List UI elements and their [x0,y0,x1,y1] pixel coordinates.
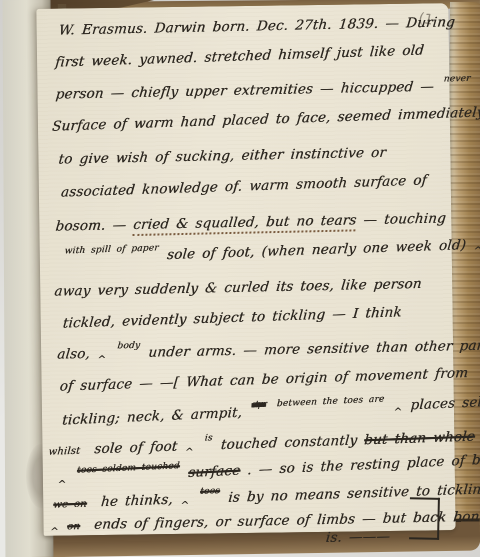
line-text: is by no means sensitive to tickling —— [228,480,480,506]
manuscript-line: tickled, evidently subject to tickling —… [62,306,402,331]
dotted-underlined-text: cried & squalled, but no tears [132,212,357,236]
inserted-word: never [443,74,471,85]
line-text: person — chiefly upper extremities — hic… [55,79,435,103]
line-text: tickling; neck, & armpit, [62,405,243,429]
struck-inserted-word: toes [200,486,221,497]
line-text: first week. yawned. stretched himself ju… [54,42,424,70]
line-text: also, [56,346,90,363]
scribbled-out-word: stpr [251,400,266,411]
manuscript-line: is. ——— [325,531,391,546]
manuscript-line: bosom. — cried & squalled, but no tears … [55,212,447,234]
line-text: associated knowledge of. warm smooth sur… [60,172,427,200]
line-text: bosom. — [55,217,127,235]
struck-inserted-phrase: toes seldom touched [77,461,180,476]
caret-mark: ^ [180,500,190,511]
manuscript-line: to give wish of sucking, either instinct… [58,147,387,167]
manuscript-line: tickling; neck, & armpit, stpr between t… [62,388,480,428]
inserted-word: is [204,433,213,443]
line-text: sole of foot [94,438,179,457]
manuscript-line: associated knowledge of. warm smooth sur… [60,174,427,200]
line-text: of surface — —[ [59,375,180,395]
line-text: tickled, evidently subject to tickling —… [62,304,402,331]
manuscript-line: of surface — —[ What can be origin of mo… [59,367,469,394]
margin-caret-mark: ^ [57,479,66,490]
struck-margin-note: on [67,521,81,532]
line-text: touched constantly [220,433,358,454]
line-text: What can be origin of movement from [185,365,469,390]
caret-mark: ^ [473,246,480,257]
margin-note: whilst [48,446,81,458]
line-text: away very suddenly & curled its toes, li… [54,276,423,300]
manuscript-line: also, ^ body under arms. — more sensitiv… [56,339,480,362]
struck-margin-note: we on [53,499,88,511]
manuscript-line: ^ toes seldom touched surface . — so is … [56,453,480,486]
line-text: — touching [363,210,447,228]
caret-mark: ^ [184,447,194,458]
caret-mark: ^ [393,407,402,418]
manuscript-line: Surface of warm hand placed to face, see… [51,106,480,134]
ink-bracket [409,497,440,540]
line-text: under arms. — more sensitive than other … [148,337,480,360]
inserted-word: body [117,341,141,352]
line-text: . — so is the resting place of body [247,451,480,478]
manuscript-line: first week. yawned. stretched himself ju… [54,44,424,70]
manuscript-line: away very suddenly & curled its toes, li… [54,278,423,299]
manuscript-line: person — chiefly upper extremities — hic… [55,78,480,102]
line-text: W. Erasmus. Darwin born. Dec. 27th. 1839… [58,14,456,38]
manuscript-line: with spill of paper sole of foot, (when … [61,235,480,266]
inserted-phrase: with spill of paper [64,243,159,256]
struck-word: surface [188,463,241,481]
line-text: is. ——— [325,529,391,546]
notebook-page: (1 W. Erasmus. Darwin born. Dec. 27th. 1… [36,3,455,536]
inserted-phrase: between the toes are [276,394,384,409]
line-text: to give wish of sucking, either instinct… [58,145,387,168]
line-text: Surface of warm hand placed to face, see… [51,104,480,134]
manuscript-photo: (1 W. Erasmus. Darwin born. Dec. 27th. 1… [0,0,480,557]
line-text: sole of foot, (when nearly one week old) [166,237,466,263]
manuscript-line: W. Erasmus. Darwin born. Dec. 27th. 1839… [58,16,456,38]
margin-caret-mark: ^ [49,527,59,538]
caret-mark: ^ [97,355,107,366]
line-text: he thinks, [100,492,173,510]
